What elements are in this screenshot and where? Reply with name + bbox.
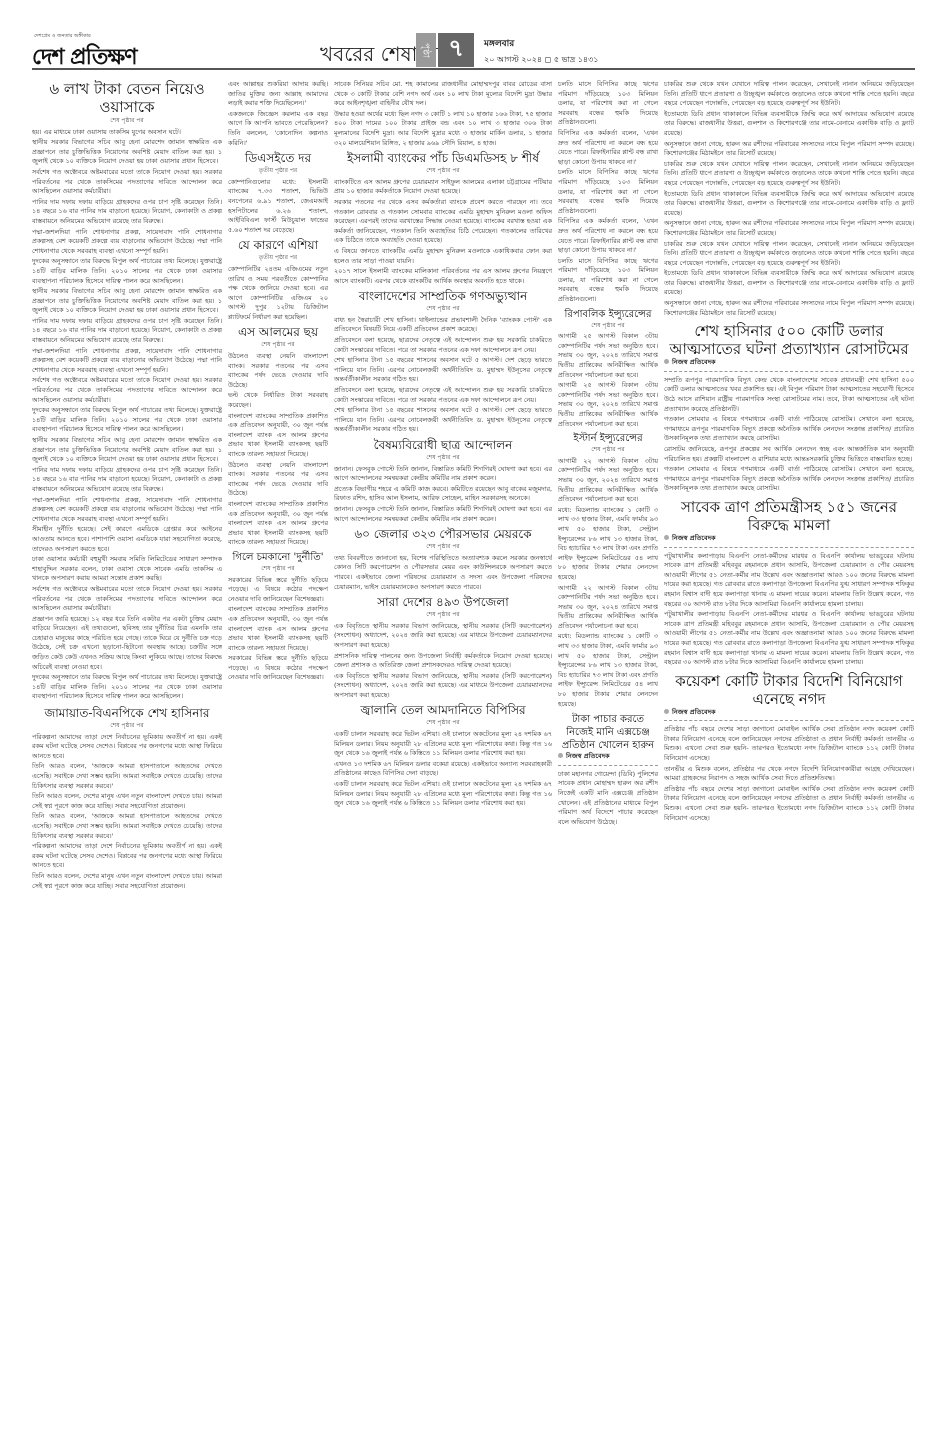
paragraph: এক বিবৃতিতে স্থানীয় সরকার বিভাগ জানিয়ে… [334, 672, 552, 701]
paragraph: কোম্পানিটির ২৪তম এজিএমের নতুন তারিখ ও সম… [228, 265, 328, 323]
paragraph: বাধ্য হন স্বৈরাচারী শেখ হাসিনা। থাইল্যান… [334, 316, 552, 335]
paragraph: এবং আল্লাহর শুকরিয়া আদায় করছি। জাতির ম… [228, 80, 328, 109]
paragraph: প্রজ্ঞাপন জারি হয়েছে। ১২ বছর ধরে তিনি এ… [32, 615, 222, 673]
paragraph: ঢাকা ওয়াসার কর্মচারী বহুমুখী সমবায় সমি… [32, 555, 222, 584]
paragraph: তিনি আরও বলেন, দেশের মানুষ এখন নতুন বাংল… [32, 872, 222, 891]
paragraph: তিনি আরও বলেন, 'আজকে আমরা হাসপাতালে আহতদ… [32, 762, 222, 791]
continued-label: শেষ পৃষ্ঠার পর [228, 564, 328, 574]
headline-eastern: ইস্টার্ন ইন্স্যুরেন্সের [558, 432, 658, 445]
paragraph: জানান। ফেসবুক পোস্টে তিনি জানান, বিস্তার… [334, 465, 552, 484]
continued-label: শেষ পৃষ্ঠার পর [334, 304, 552, 314]
paragraph: তিনি আরও বলেন, দেশের মানুষ এখন নতুন বাংল… [32, 792, 222, 811]
headline-je-karone: যে কারণে এশিয়া [228, 238, 328, 253]
paragraph: কোম্পানিগুলোর মধ্যে: ইসলামী ব্যাংকের ৭.৩… [228, 178, 328, 236]
paragraph: দুদকের অনুসন্ধানে তার বিরুদ্ধে বিপুল অর্… [32, 257, 222, 286]
paragraph: অনুসন্ধানে জানা গেছে, হারুন অর রশীদের পর… [664, 219, 914, 238]
paragraph: দুদকের অনুসন্ধানে তার বিরুদ্ধে বিপুল অর্… [32, 673, 222, 702]
paragraph: বিপিসির এক কর্মকর্তা বলেন, 'এখন দ্রুত অর… [558, 129, 658, 167]
paragraph: বিপিসির এক কর্মকর্তা বলেন, 'এখন দ্রুত অর… [558, 217, 658, 255]
headline-wasa: ৬ লাখ টাকা বেতন নিয়েও ওয়াসাকে [32, 80, 222, 116]
paragraph: সরকারের বিভিন্ন স্তরে দুর্নীতি ছড়িয়ে প… [228, 576, 328, 605]
paragraph: পটুয়াখালীর কলাপাড়ায় বিএনপি নেতা-কর্মী… [664, 610, 914, 668]
paragraph: সরকারের বিভিন্ন স্তরে দুর্নীতি ছড়িয়ে প… [228, 654, 328, 683]
paragraph: প্রতিবেদনে বলা হয়েছে, ছাত্রদের নেতৃত্বে… [334, 386, 552, 405]
paragraph: এক বিবৃতিতে স্থানীয় সরকার বিভাগ জানিয়ে… [334, 622, 552, 651]
paragraph: শেখ হাসিনার টানা ১৫ বছরের শাসনের অবসান ঘ… [334, 406, 552, 435]
paragraph: সর্বশেষ গত অক্টোবরে অষ্টমবারের মতো তাকে … [32, 376, 222, 405]
paragraph: স্থানীয় সরকার বিভাগের সচিব আবু হেনা মোর… [32, 436, 222, 465]
paragraph: পটুয়াখালীর কলাপাড়ায় বিএনপি নেতা-কর্মী… [664, 552, 914, 610]
paragraph: প্রতিবেদনে বলা হয়েছে, ছাত্রদের নেতৃত্বে… [334, 336, 552, 355]
headline-anti-discrimination: বৈষম্যবিরোধী ছাত্র আন্দোলন [334, 438, 552, 453]
headline-islami-bank: ইসলামী ব্যাংকের পাঁচ ডিএমডিসহ ৮ শীর্ষ [334, 151, 552, 166]
continued-label: শেষ পৃষ্ঠার পর [334, 610, 552, 620]
page-label: পৃষ্ঠা [416, 33, 436, 67]
continued-label: শেষ পৃষ্ঠার পর [558, 445, 658, 455]
headline-mayors: ৬০ জেলার ৩২৩ পৌরসভার মেয়রকে [334, 527, 552, 542]
reporter-byline: নিজস্ব প্রতিবেদক [664, 534, 914, 548]
paragraph: বাংলাদেশ ব্যাংকের সাম্প্রতিক প্রকাশিত এক… [228, 605, 328, 653]
paragraph: একটি চালান সরবরাহ করে ভিটল এশিয়া। ওই চা… [334, 780, 552, 809]
paragraph: সাবেক সিনিয়র সচিব মো. শহ কামালের রাজধান… [334, 80, 552, 109]
paragraph: বাংলাদেশ ব্যাংকের সাম্প্রতিক প্রকাশিত এক… [228, 500, 328, 548]
paragraph: পরিকল্পনা আমাদের তাড়া দেশে নির্বাচনের ভ… [32, 733, 222, 762]
continued-label: শেষ পৃষ্ঠার পর [334, 542, 552, 552]
weekday: মঙ্গলবার [484, 36, 599, 51]
continued-label: শেষ পৃষ্ঠার পর [32, 721, 222, 731]
paragraph: প্রশাসনিক দায়িত্ব পালনের জন্য উপজেলা নি… [334, 652, 552, 671]
headline-rosatom-1: শেখ হাসিনার ৫০০ কোটি ডলার [664, 322, 914, 340]
paragraph: প্রতিষ্ঠার পাঁচ বছরে দেশের সাড়া জাগানো … [664, 785, 914, 823]
paragraph: দুদকের অনুসন্ধানে তার বিরুদ্ধে বিপুল অর্… [32, 406, 222, 435]
paragraph: পানির দাম দফায় দফায় বাড়িয়ে গ্রাহকদের… [32, 466, 222, 495]
paragraph: ঢাকা মহানগর গোয়েন্দা (ডিবি) পুলিশের সাব… [558, 770, 658, 828]
paragraph: সম্প্রতি রূপপুর পারমাণবিক বিদ্যুৎ কেন্দ্… [664, 376, 914, 414]
continued-label: শেষ পৃষ্ঠার পর [334, 453, 552, 463]
paragraph: সীমাহীন দুর্নীতি হয়েছে। সেই কারণে এমডিক… [32, 525, 222, 554]
paragraph: রোসাটম জানিয়েছে, রূপপুর প্রকল্পের সব আর… [664, 445, 914, 464]
paragraph: চলতি মাসে বিপিসির কাছে ঋণের পরিমাণ দাঁড়… [558, 80, 658, 128]
headline-rosatom-2: আত্মসাতের ঘটনা প্রত্যাখ্যান রোসাটমের [664, 340, 914, 358]
headline-s-alam: এস আলমের ছয় [228, 325, 328, 340]
headline-money-changer: টাকা পাচার করতে নিজেই মানি এক্সচেঞ্জ প্র… [558, 713, 658, 752]
paragraph: সর্বশেষ গত অক্টোবরে অষ্টমবারের মতো তাকে … [32, 585, 222, 614]
paragraph: এখনও ১৩ দশমিক ৬৭ মিলিয়ন ডলার বকেয়া রয়… [334, 760, 552, 779]
paragraph: গতকাল সোমবার এ বিষয়ে গণমাধ্যমে একটি বার… [664, 415, 914, 444]
column-2: এবং আল্লাহর শুকরিয়া আদায় করছি। জাতির ম… [228, 80, 328, 1440]
headline-fuel: জ্বালানি তেল আমদানিতে বিপিসির [334, 703, 552, 718]
paragraph: উদ্ধার হওয়া অর্থের মধ্যে ছিল নগদ ৩ কোটি… [334, 110, 552, 148]
reporter-byline: নিজস্ব প্রতিবেদক [664, 358, 914, 372]
paragraph: উঠলেও ব্যবস্থা নেয়নি বাংলাদেশ ব্যাংক। স… [228, 352, 328, 390]
column-5: চাকরির শুরু থেকে যখন যেখানে দায়িত্ব পাল… [664, 80, 914, 1440]
continued-label: শেষ পৃষ্ঠার পর [32, 116, 222, 126]
paragraph: ইতোমধ্যে ডিবি প্রধান থাকাকালে বিভিন্ন ব্… [664, 269, 914, 298]
paragraph: পানির দাম দফায় দফায় বাড়িয়ে গ্রাহকদের… [32, 317, 222, 346]
paragraph: অনুসন্ধানে জানা গেছে, হারুন অর রশীদের পর… [664, 140, 914, 159]
bullet-icon [664, 359, 669, 364]
column-4: চলতি মাসে বিপিসির কাছে ঋণের পরিমাণ দাঁড়… [558, 80, 658, 1440]
continued-label: তৃতীয় পৃষ্ঠার পর [228, 166, 328, 176]
paragraph: উঠলেও ব্যবস্থা নেয়নি বাংলাদেশ ব্যাংক। স… [228, 461, 328, 499]
paragraph: ভল্ট থেকে নির্ধারিত টাকা সরবরাহ করেছেন। [228, 391, 328, 410]
paragraph: এ বিষয়ে জানতে ব্যাংকটির এমডি মুহাম্মদ ম… [334, 247, 552, 266]
paragraph: ২০১৭ সালে ইসলামী ব্যাংকের মালিকানা পরিবর… [334, 267, 552, 286]
paragraph: প্রতিষ্ঠার পাঁচ বছরে দেশের সাড়া জাগানো … [664, 725, 914, 763]
paragraph: পদ্মা-জশলদিয়া পানি শোধনাগার প্রকল্প, সা… [32, 496, 222, 525]
paragraph: তথ্য বিবরণীতে জানানো হয়, বিশেষ পরিস্থিত… [334, 554, 552, 592]
paragraph: মধ্যে: মিডল্যান্ড ব্যাংকের ১ কোটি ৩ লাখ … [558, 632, 658, 709]
reporter-byline: নিজস্ব প্রতিবেদক [558, 752, 658, 766]
paragraph: পদ্মা-জশলদিয়া পানি শোধনাগার প্রকল্প, সা… [32, 228, 222, 257]
paragraph: গতকাল সোমবার এ বিষয়ে গণমাধ্যমে একটি বার… [664, 465, 914, 494]
paragraph: চলতি মাসে বিপিসির কাছে ঋণের পরিমাণ দাঁড়… [558, 257, 658, 305]
continued-label: শেষ পৃষ্ঠার পর [228, 340, 328, 350]
masthead: দেশপ্রেম ও জনতার অঙ্গীকার দেশ প্রতিক্ষণ … [32, 30, 915, 70]
paragraph: বাংলাদেশ ব্যাংকের সাম্প্রতিক প্রকাশিত এক… [228, 412, 328, 460]
bullet-icon [664, 709, 669, 714]
paragraph: শেখ হাসিনার টানা ১৫ বছরের শাসনের অবসান ঘ… [334, 356, 552, 385]
paragraph: চাকরির শুরু থেকে যখন যেখানে দায়িত্ব পাল… [664, 80, 914, 109]
paragraph: পরিকল্পনা আমাদের তাড়া দেশে নির্বাচনের ভ… [32, 842, 222, 871]
paragraph: আগামী ২৫ আগস্ট বিকাল ৩টায় কোম্পানিটির প… [558, 332, 658, 380]
page-number: ৭ [438, 33, 474, 67]
date-block: মঙ্গলবার ২০ আগস্ট ২০২৪ ◻ ৫ ভাদ্র ১৪৩১ [484, 36, 599, 67]
column-3: সাবেক সিনিয়র সচিব মো. শহ কামালের রাজধান… [334, 80, 552, 1440]
paragraph: আগামী ২২ আগস্ট বিকাল ৩টায় কোম্পানিটির প… [558, 457, 658, 505]
paragraph: সর্বশেষ গত অক্টোবরে অষ্টমবারের মতো তাকে … [32, 168, 222, 197]
headline-uprising: বাংলাদেশের সাম্প্রতিক গণঅভ্যুত্থান [334, 289, 552, 304]
bullet-icon [558, 753, 563, 758]
paragraph: স্থানীয় সরকার বিভাগের সচিব আবু হেনা মোর… [32, 287, 222, 316]
paragraph: সরকার পতনের পর থেকে এসব কর্মকর্তারা ব্যা… [334, 198, 552, 246]
paragraph: অনুসন্ধানে জানা গেছে, হারুন অর রশীদের পর… [664, 299, 914, 318]
paragraph: চাকরির শুরু থেকে যখন যেখানে দায়িত্ব পাল… [664, 240, 914, 269]
paragraph: পদ্মা-জশলদিয়া পানি শোধনাগার প্রকল্প, সা… [32, 347, 222, 376]
reporter-byline: নিজস্ব প্রতিবেদক [664, 708, 914, 722]
headline-upazila: সারা দেশের ৪৯৩ উপজেলা [334, 595, 552, 610]
paragraph: একজনকে জিজ্ঞেস করলাম এক বছর আগে কি আপনি … [228, 110, 328, 148]
paragraph: মধ্যে: মিডল্যান্ড ব্যাংকের ১ কোটি ৩ লাখ … [558, 506, 658, 583]
paragraph: ইতোমধ্যে ডিবি প্রধান থাকাকালে বিভিন্ন ব্… [664, 110, 914, 139]
headline-minister-case: সাবেক ত্রাণ প্রতিমন্ত্রীসহ ১৫১ জনের বিরু… [664, 498, 914, 534]
newspaper-logo[interactable]: দেশ প্রতিক্ষণ [32, 40, 137, 77]
paragraph: চাকরির শুরু থেকে যখন যেখানে দায়িত্ব পাল… [664, 160, 914, 189]
paragraph: ব্যাংকটিতে এস আলম গ্রুপের চেয়ারম্যান সা… [334, 178, 552, 197]
paragraph: হয়। এর মাধ্যমে ঢাকা ওয়াসায় তাকসিম যুগ… [32, 128, 222, 138]
paragraph: আগামী ২৫ আগস্ট বিকাল ৩টায় কোম্পানিটির প… [558, 381, 658, 429]
continued-label: শেষ পৃষ্ঠার পর [334, 166, 552, 176]
bullet-icon [664, 535, 669, 540]
continued-label: তৃতীয় পৃষ্ঠার পর [228, 253, 328, 263]
paragraph: স্থানীয় সরকার বিভাগের সচিব আবু হেনা মোর… [32, 138, 222, 167]
paragraph: আগামী ২২ আগস্ট বিকাল ৩টায় কোম্পানিটির প… [558, 584, 658, 632]
headline-dse: ডিএসইতে দর [228, 151, 328, 166]
paragraph: তানভীর এ মিশুক বলেন, প্রতিষ্ঠার পর থেকে … [664, 765, 914, 784]
paragraph: পানির দাম দফায় দফায় বাড়িয়ে গ্রাহকদের… [32, 198, 222, 227]
paragraph: তিনি আরও বলেন, 'আজকে আমরা হাসপাতালে আহতদ… [32, 812, 222, 841]
headline-durniti: গিলে চমকানো 'দুর্নীতি' [228, 551, 328, 564]
headline-jamaat: জামায়াত-বিএনপিকে শেখ হাসিনার [32, 706, 222, 721]
continued-label: শেষ পৃষ্ঠার পর [334, 718, 552, 728]
headline-nagad: কয়েকশ কোটি টাকার বিদেশি বিনিয়োগ এনেছে … [664, 672, 914, 708]
paragraph: চলতি মাসে বিপিসির কাছে ঋণের পরিমাণ দাঁড়… [558, 168, 658, 216]
paragraph: জানান। ফেসবুক পোস্টে তিনি জানান, বিস্তার… [334, 505, 552, 524]
paragraph: ইতোমধ্যে ডিবি প্রধান থাকাকালে বিভিন্ন ব্… [664, 190, 914, 219]
paragraph: প্রত্যেক বিভাগীয় শহরে এ কমিটি কাজ করবে।… [334, 485, 552, 504]
headline-republic: রিপাবলিক ইন্স্যুরেন্সের [558, 308, 658, 321]
column-1: ৬ লাখ টাকা বেতন নিয়েও ওয়াসাকে শেষ পৃষ্… [32, 80, 222, 1440]
paragraph: একটি চালান সরবরাহ করে ভিটল এশিয়া। ওই চা… [334, 730, 552, 759]
continued-label: শেষ পৃষ্ঠার পর [558, 321, 658, 331]
date: ২০ আগস্ট ২০২৪ ◻ ৫ ভাদ্র ১৪৩১ [484, 54, 599, 67]
